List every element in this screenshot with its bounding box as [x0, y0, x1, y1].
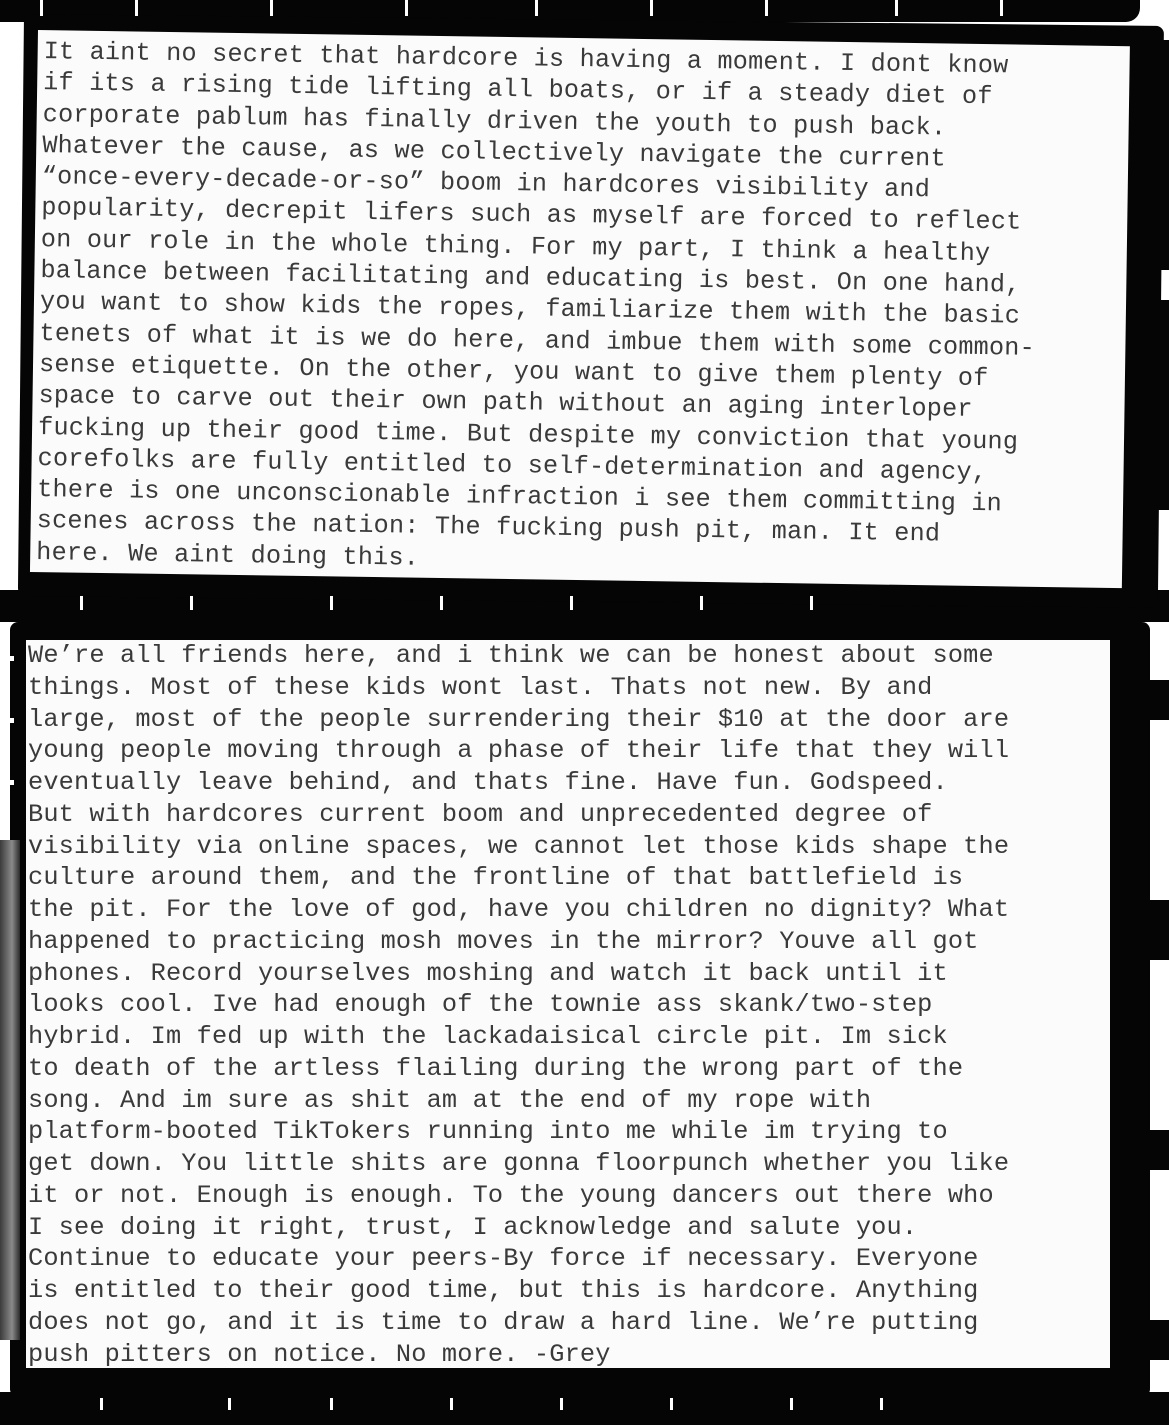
sprocket-mark: [700, 596, 703, 610]
film-strip-right-notch: [1139, 300, 1169, 510]
text-panel-1: It aint no secret that hardcore is havin…: [30, 30, 1130, 588]
film-strip-right-notch: [1139, 1320, 1169, 1360]
text-line: looks cool. Ive had enough of the townie…: [28, 989, 1110, 1021]
film-strip-right-notch: [1139, 1130, 1169, 1170]
sprocket-mark: [765, 0, 768, 16]
text-line: But with hardcores current boom and unpr…: [28, 799, 1110, 831]
text-line: platform-booted TikTokers running into m…: [28, 1116, 1110, 1148]
sprocket-mark: [895, 0, 898, 16]
text-line: We’re all friends here, and i think we c…: [28, 640, 1110, 672]
text-line: get down. You little shits are gonna flo…: [28, 1148, 1110, 1180]
text-line: young people moving through a phase of t…: [28, 735, 1110, 767]
sprocket-mark: [0, 455, 14, 460]
sprocket-mark: [190, 596, 193, 610]
sprocket-mark: [0, 170, 14, 175]
sprocket-mark: [0, 560, 14, 565]
text-line: culture around them, and the frontline o…: [28, 862, 1110, 894]
film-strip-right-notch: [1139, 40, 1169, 270]
text-line: phones. Record yourselves moshing and wa…: [28, 958, 1110, 990]
sprocket-mark: [0, 510, 14, 515]
sprocket-mark: [0, 50, 14, 55]
text-line: is entitled to their good time, but this…: [28, 1275, 1110, 1307]
sprocket-mark: [270, 0, 273, 16]
sprocket-mark: [135, 0, 138, 16]
sprocket-mark: [810, 596, 813, 610]
text-line: the pit. For the love of god, have you c…: [28, 894, 1110, 926]
text-line: push pitters on notice. No more. -Grey: [28, 1339, 1110, 1369]
text-line: large, most of the people surrendering t…: [28, 704, 1110, 736]
text-line: hybrid. Im fed up with the lackadaisical…: [28, 1021, 1110, 1053]
sprocket-mark: [650, 0, 653, 16]
sprocket-mark: [0, 780, 14, 785]
sprocket-mark: [0, 718, 14, 723]
text-line: Continue to educate your peers-By force …: [28, 1243, 1110, 1275]
background-photo-fragment: [0, 840, 20, 1340]
sprocket-mark: [450, 1398, 453, 1410]
sprocket-mark: [570, 596, 573, 610]
sprocket-mark: [880, 1398, 883, 1410]
sprocket-mark: [0, 290, 14, 295]
sprocket-mark: [0, 656, 14, 661]
sprocket-mark: [228, 1398, 231, 1410]
sprocket-mark: [0, 345, 14, 350]
sprocket-mark: [0, 110, 14, 115]
sprocket-mark: [535, 0, 538, 16]
text-line: visibility via online spaces, we cannot …: [28, 831, 1110, 863]
sprocket-mark: [1000, 0, 1003, 16]
text-line: eventually leave behind, and thats fine.…: [28, 767, 1110, 799]
sprocket-mark: [670, 1398, 673, 1410]
sprocket-mark: [330, 1398, 333, 1410]
text-line: things. Most of these kids wont last. Th…: [28, 672, 1110, 704]
sprocket-mark: [330, 596, 333, 610]
text-line: I see doing it right, trust, I acknowled…: [28, 1212, 1110, 1244]
text-line: song. And im sure as shit am at the end …: [28, 1085, 1110, 1117]
sprocket-mark: [0, 400, 14, 405]
sprocket-mark: [405, 0, 408, 16]
sprocket-mark: [790, 1398, 793, 1410]
text-line: it or not. Enough is enough. To the youn…: [28, 1180, 1110, 1212]
sprocket-mark: [560, 1398, 563, 1410]
sprocket-mark: [440, 596, 443, 610]
text-panel-2: We’re all friends here, and i think we c…: [26, 640, 1110, 1368]
text-line: happened to practicing mosh moves in the…: [28, 926, 1110, 958]
text-line: to death of the artless flailing during …: [28, 1053, 1110, 1085]
sprocket-mark: [80, 596, 83, 610]
film-strip-right-notch: [1139, 900, 1169, 960]
text-line: does not go, and it is time to draw a ha…: [28, 1307, 1110, 1339]
sprocket-mark: [40, 0, 43, 16]
sprocket-mark: [0, 230, 14, 235]
film-strip-right-notch: [1139, 680, 1169, 720]
sprocket-mark: [100, 1398, 103, 1410]
